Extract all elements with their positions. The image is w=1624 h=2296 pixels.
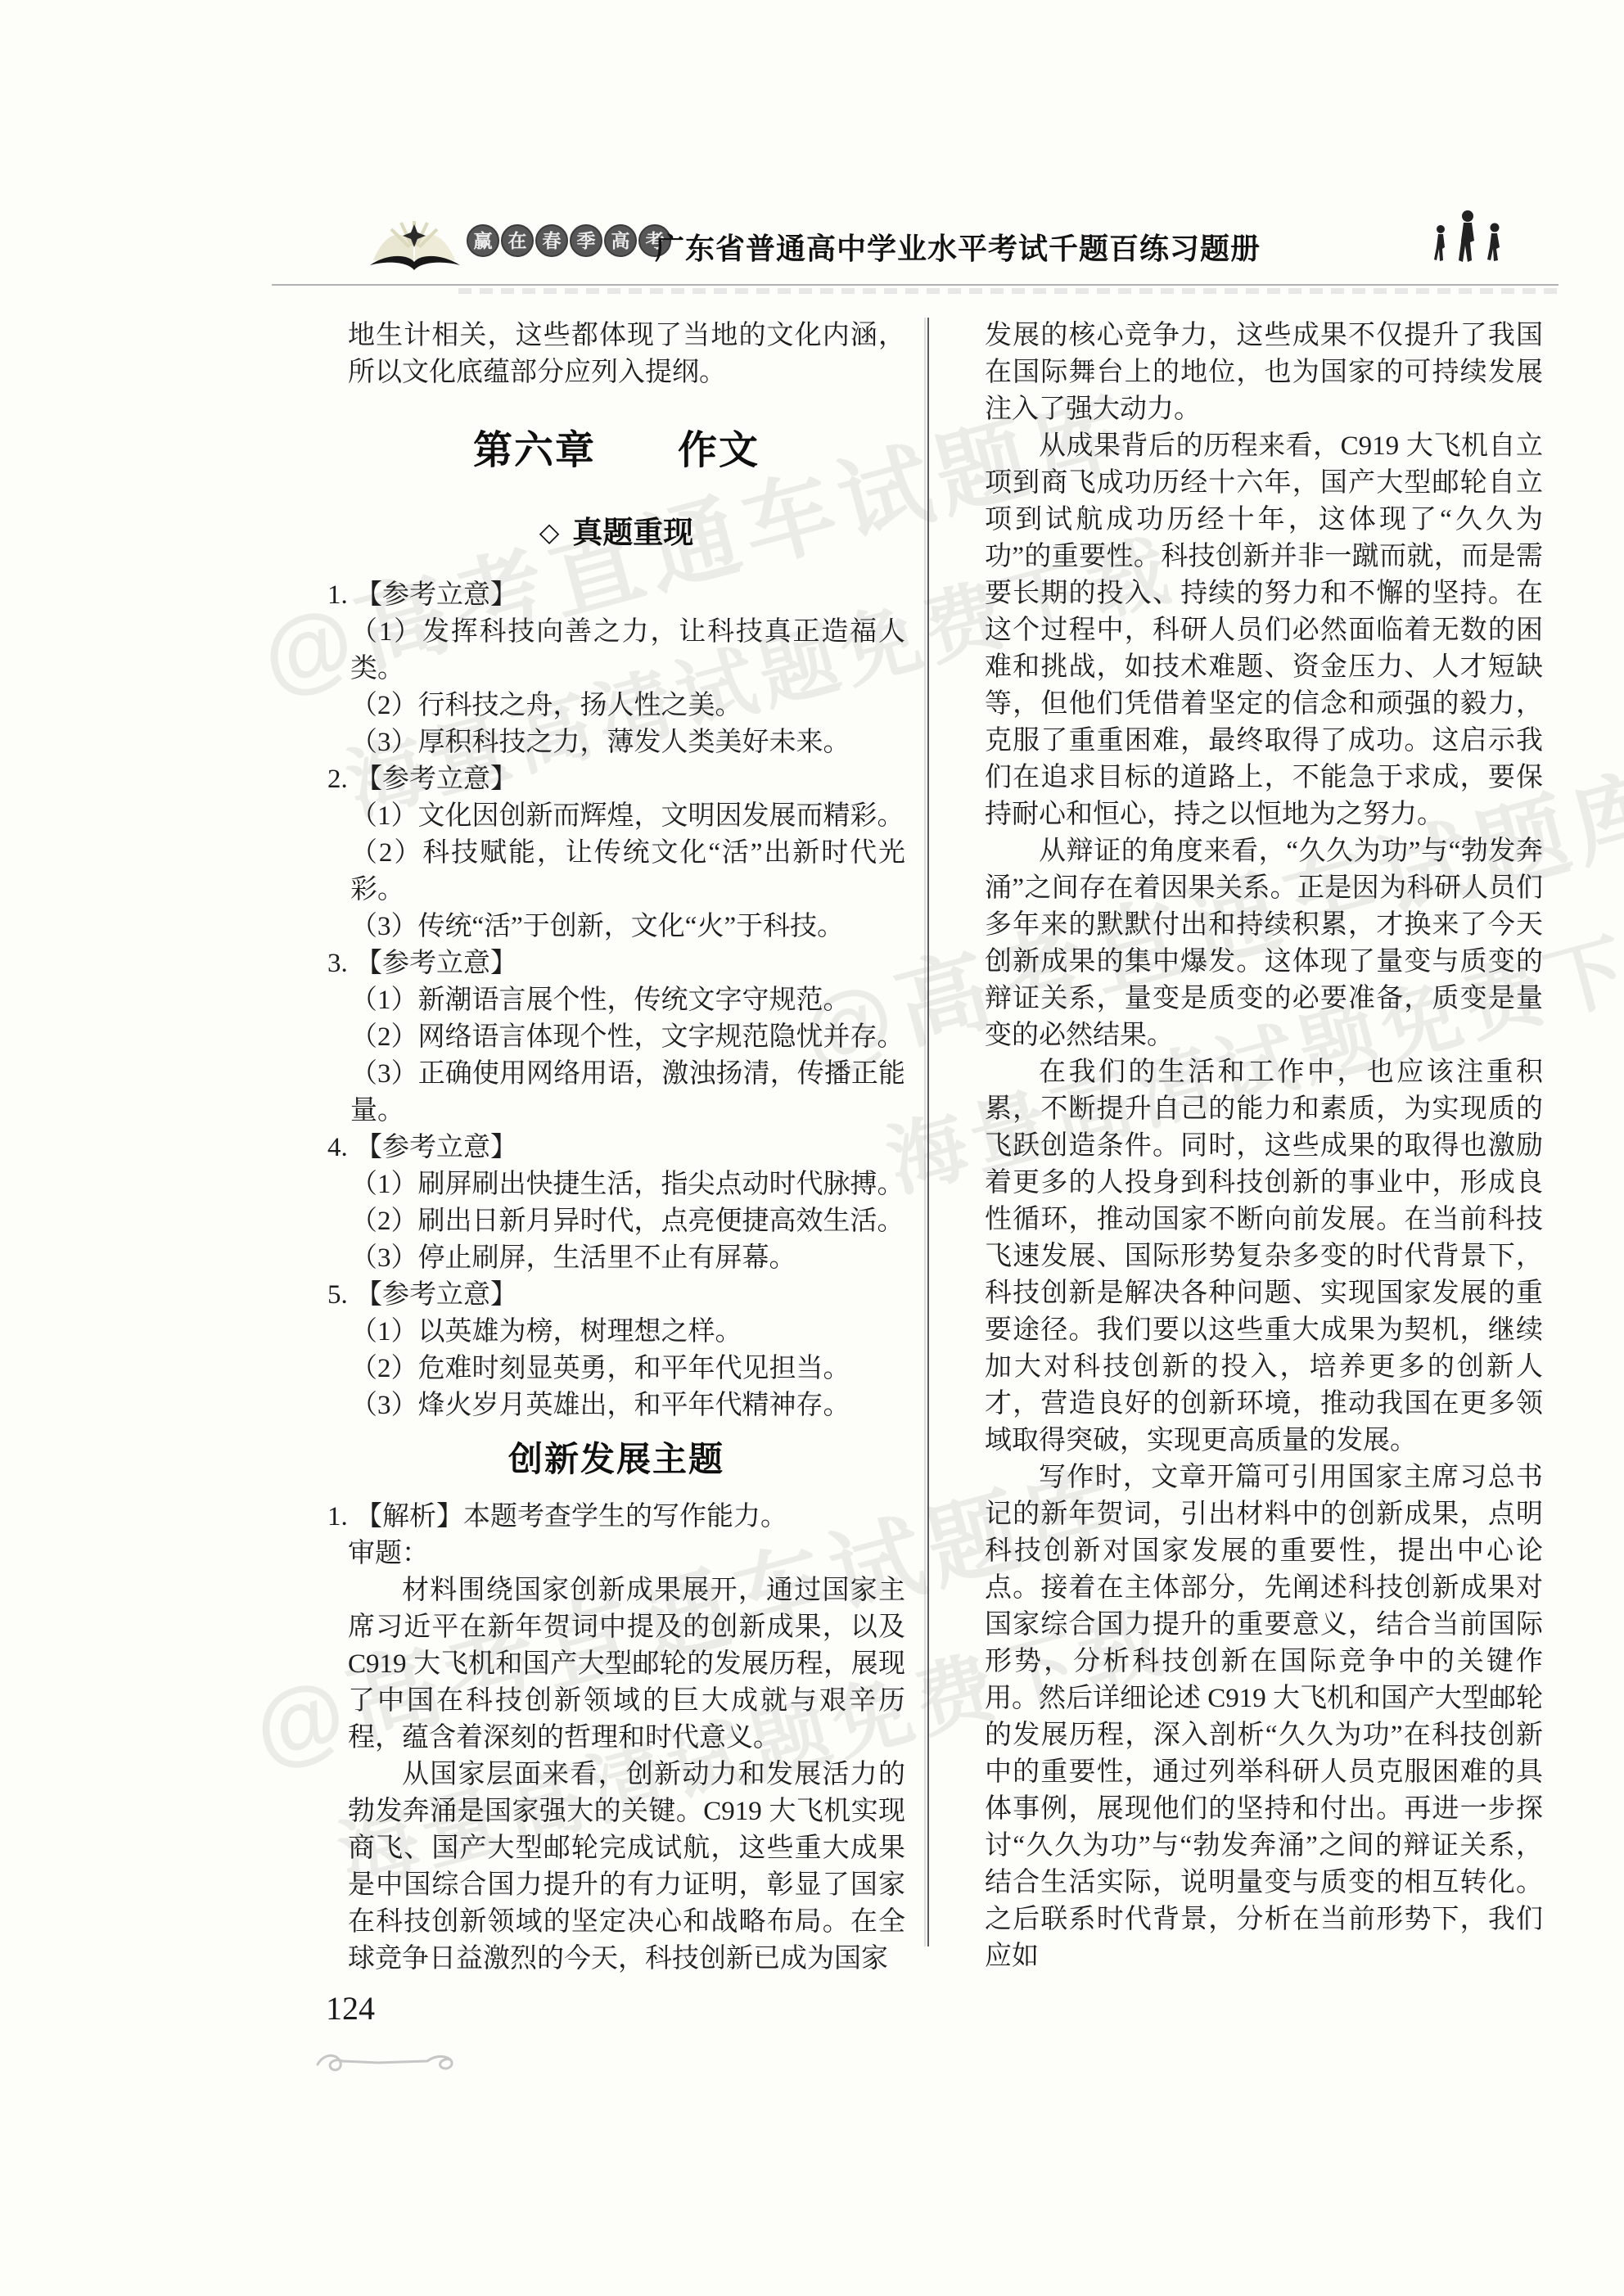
header-divider-texture: [458, 288, 1559, 294]
body-paragraph: 在我们的生活和工作中，也应该注重积累，不断提升自己的能力和素质，为实现质的飞跃创…: [985, 1054, 1543, 1459]
point-line: （3）烽火岁月英雄出，和平年代精神存。: [350, 1387, 905, 1424]
left-paragraphs: 材料围绕国家创新成果展开，通过国家主席习近平在新年贺词中提及的创新成果，以及 C…: [327, 1572, 905, 1978]
footer-flourish-icon: [313, 2045, 460, 2079]
brand-badge-char: 在: [501, 224, 534, 257]
reference-intent-item: 3.【参考立意】 （1）新潮语言展个性，传统文字守规范。 （2）网络语言体现个性…: [327, 945, 905, 1130]
point-line: （1）文化因创新而辉煌，文明因发展而精彩。: [350, 798, 905, 835]
item-points: （1）刷屏刷出快捷生活，指尖点动时代脉搏。 （2）刷出日新月异时代，点亮便捷高效…: [327, 1166, 905, 1277]
analysis-number: 1.: [327, 1499, 355, 1536]
brand-badge-char: 高: [604, 224, 637, 257]
item-points: （1）以英雄为榜，树理想之样。 （2）危难时刻显英勇，和平年代见担当。 （3）烽…: [327, 1314, 905, 1424]
analysis-text: 【解析】本题考查学生的写作能力。: [355, 1499, 787, 1536]
point-line: （1）发挥科技向善之力，让科技真正造福人类。: [350, 614, 905, 688]
header-divider-line: [272, 284, 1559, 286]
point-line: （2）行科技之舟，扬人性之美。: [350, 688, 905, 724]
item-number: 4.: [327, 1130, 355, 1166]
item-heading: 3.【参考立意】: [327, 945, 905, 982]
item-points: （1）新潮语言展个性，传统文字守规范。 （2）网络语言体现个性，文字规范隐忧并存…: [327, 982, 905, 1130]
diamond-icon: ◇: [539, 517, 560, 547]
continuation-paragraph: 地生计相关，这些都体现了当地的文化内涵，所以文化底蕴部分应列入提纲。: [348, 318, 905, 391]
point-line: （2）刷出日新月异时代，点亮便捷高效生活。: [350, 1203, 905, 1240]
item-number: 5.: [327, 1277, 355, 1314]
topic-review-label: 审题：: [348, 1536, 905, 1572]
item-number: 1.: [327, 577, 355, 614]
open-book-logo-icon: [367, 211, 463, 283]
point-line: （3）厚积科技之力，薄发人类美好未来。: [350, 724, 905, 761]
reference-intent-item: 2.【参考立意】 （1）文化因创新而辉煌，文明因发展而精彩。 （2）科技赋能，让…: [327, 761, 905, 945]
item-label: 【参考立意】: [355, 1277, 517, 1314]
point-line: （1）刷屏刷出快捷生活，指尖点动时代脉搏。: [350, 1166, 905, 1203]
point-line: （1）以英雄为榜，树理想之样。: [350, 1314, 905, 1351]
item-points: （1）发挥科技向善之力，让科技真正造福人类。 （2）行科技之舟，扬人性之美。 （…: [327, 614, 905, 761]
body-paragraph: 从成果背后的历程来看，C919 大飞机自立项到商飞成功历经十六年，国产大型邮轮自…: [985, 428, 1543, 833]
item-points: （1）文化因创新而辉煌，文明因发展而精彩。 （2）科技赋能，让传统文化“活”出新…: [327, 798, 905, 945]
column-divider-line: [927, 318, 929, 1946]
reference-intent-item: 4.【参考立意】 （1）刷屏刷出快捷生活，指尖点动时代脉搏。 （2）刷出日新月异…: [327, 1130, 905, 1277]
item-label: 【参考立意】: [355, 945, 517, 982]
body-paragraph: 从国家层面来看，创新动力和发展活力的勃发奔涌是国家强大的关键。C919 大飞机实…: [348, 1757, 905, 1978]
point-line: （2）危难时刻显英勇，和平年代见担当。: [350, 1351, 905, 1387]
book-title: 广东省普通高中学业水平考试千题百练习题册: [655, 226, 1261, 268]
item-label: 【参考立意】: [355, 1130, 517, 1166]
item-heading: 5.【参考立意】: [327, 1277, 905, 1314]
theme-heading: 创新发展主题: [327, 1442, 905, 1479]
right-column: 发展的核心竞争力，这些成果不仅提升了我国在国际舞台上的地位，也为国家的可持续发展…: [985, 318, 1543, 1975]
point-line: （1）新潮语言展个性，传统文字守规范。: [350, 982, 905, 1019]
point-line: （3）停止刷屏，生活里不止有屏幕。: [350, 1240, 905, 1277]
runners-icon: [1423, 206, 1513, 272]
body-paragraph: 从辩证的角度来看，“久久为功”与“勃发奔涌”之间存在着因果关系。正是因为科研人员…: [985, 833, 1543, 1054]
item-number: 2.: [327, 761, 355, 798]
analysis-heading: 1.【解析】本题考查学生的写作能力。: [327, 1499, 905, 1536]
point-line: （2）科技赋能，让传统文化“活”出新时代光彩。: [350, 835, 905, 909]
brand-badges: 赢 在 春 季 高 考: [467, 224, 671, 257]
section-heading: ◇真题重现: [327, 515, 905, 553]
item-label: 【参考立意】: [355, 761, 517, 798]
textbook-page: @高考直通车试题库 海量高清试题免费下载 @高考直通车试题库 海量高清试题免费下…: [0, 0, 1624, 2296]
item-number: 3.: [327, 945, 355, 982]
continuation-paragraph: 发展的核心竞争力，这些成果不仅提升了我国在国际舞台上的地位，也为国家的可持续发展…: [985, 318, 1543, 428]
chapter-title: 第六章 作文: [327, 432, 905, 469]
point-line: （3）传统“活”于创新，文化“火”于科技。: [350, 909, 905, 945]
brand-badge-char: 春: [535, 224, 568, 257]
item-label: 【参考立意】: [355, 577, 517, 614]
body-paragraph: 写作时，文章开篇可引用国家主席习总书记的新年贺词，引出材料中的创新成果，点明科技…: [985, 1459, 1543, 1975]
item-heading: 2.【参考立意】: [327, 761, 905, 798]
item-heading: 4.【参考立意】: [327, 1130, 905, 1166]
brand-badge-char: 赢: [467, 224, 499, 257]
body-paragraph: 材料围绕国家创新成果展开，通过国家主席习近平在新年贺词中提及的创新成果，以及 C…: [348, 1572, 905, 1757]
page-number: 124: [326, 1989, 375, 2028]
reference-intent-item: 1.【参考立意】 （1）发挥科技向善之力，让科技真正造福人类。 （2）行科技之舟…: [327, 577, 905, 761]
item-heading: 1.【参考立意】: [327, 577, 905, 614]
right-paragraphs: 从成果背后的历程来看，C919 大飞机自立项到商飞成功历经十六年，国产大型邮轮自…: [985, 428, 1543, 1975]
point-line: （2）网络语言体现个性，文字规范隐忧并存。: [350, 1019, 905, 1056]
point-line: （3）正确使用网络用语，激浊扬清，传播正能量。: [350, 1056, 905, 1130]
reference-intent-list: 1.【参考立意】 （1）发挥科技向善之力，让科技真正造福人类。 （2）行科技之舟…: [327, 577, 905, 1424]
brand-badge-char: 季: [570, 224, 602, 257]
section-heading-label: 真题重现: [572, 516, 693, 550]
reference-intent-item: 5.【参考立意】 （1）以英雄为榜，树理想之样。 （2）危难时刻显英勇，和平年代…: [327, 1277, 905, 1424]
left-column: 地生计相关，这些都体现了当地的文化内涵，所以文化底蕴部分应列入提纲。 第六章 作…: [327, 318, 905, 1978]
